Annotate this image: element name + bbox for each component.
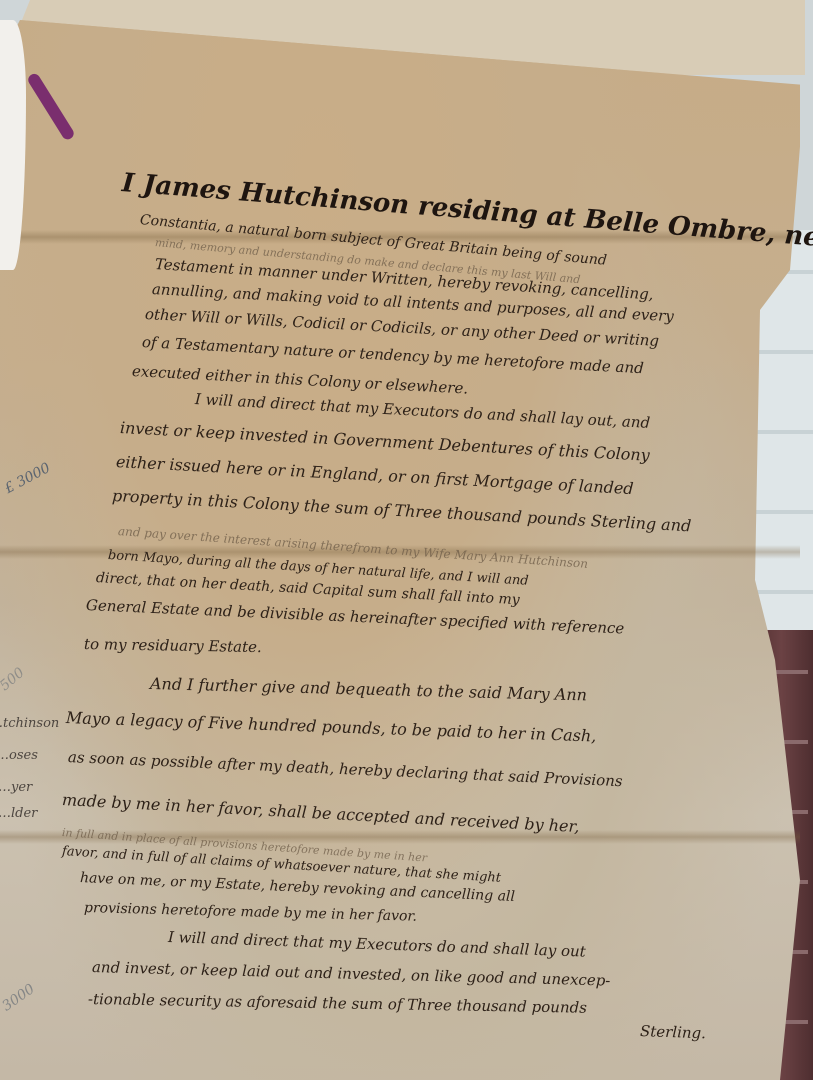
will-line: provisions heretofore made by me in her … [84,900,417,925]
will-line: to my residuary Estate. [84,635,262,656]
will-line-sterling: Sterling. [640,1022,707,1042]
underlying-sheet-text: …yer [0,780,32,795]
underlying-sheet-text: …oses [0,748,38,763]
will-line: -tionable security as aforesaid the sum … [88,990,587,1017]
will-line: Mayo a legacy of Five hundred pounds, to… [66,708,597,746]
underlying-sheet-text: …tchinson [0,716,59,731]
underlying-sheet-text: …lder [0,806,37,821]
will-line: executed either in this Colony or elsewh… [132,362,469,398]
margin-note-amount: £ 3000 [2,460,53,497]
will-line: as soon as possible after my death, here… [68,748,623,790]
margin-note-amount: 3000 [0,981,38,1015]
will-line: And I further give and bequeath to the s… [150,674,587,704]
handwritten-will: I James Hutchinson residing at Belle Omb… [0,0,813,1080]
will-line: I will and direct that my Executors do a… [168,928,586,961]
will-line: made by me in her favor, shall be accept… [62,790,580,836]
will-line: General Estate and be divisible as herei… [86,596,625,637]
will-line: and invest, or keep laid out and investe… [92,958,611,990]
margin-note-amount: 500 [0,665,28,694]
